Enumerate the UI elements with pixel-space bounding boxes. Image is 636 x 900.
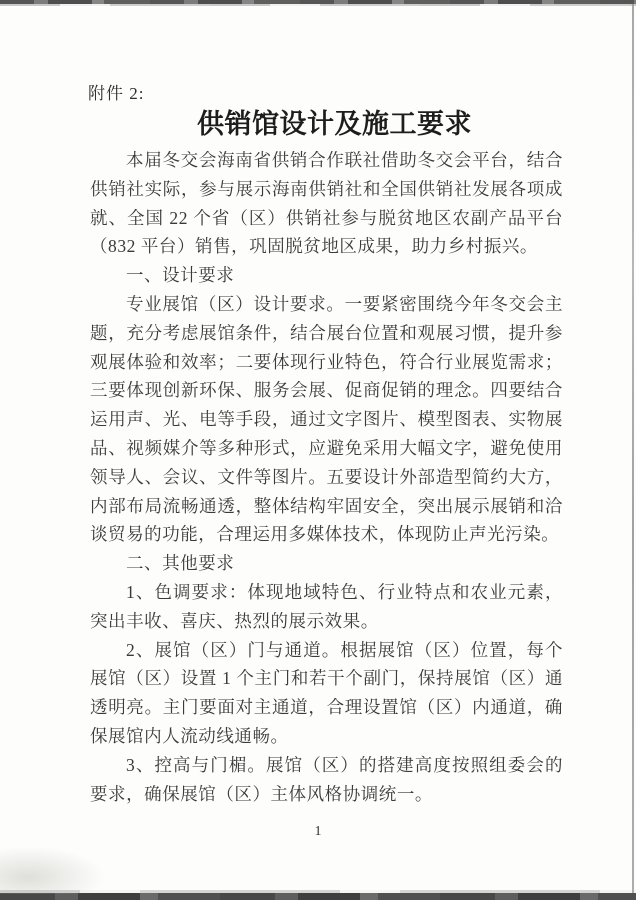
text-line: 展馆（区）设置 1 个主门和若干个副门，保持展馆（区）通 xyxy=(90,664,563,693)
text-line: 观展体验和效率；二要体现行业特色，符合行业展览需求； xyxy=(90,348,563,377)
text-line: 2、展馆（区）门与通道。根据展馆（区）位置，每个 xyxy=(90,636,563,665)
text-line: 供销社实际，参与展示海南供销社和全国供销社发展各项成 xyxy=(90,175,563,204)
text-line: （832 平台）销售，巩固脱贫地区成果，助力乡村振兴。 xyxy=(90,232,563,261)
text-line: 内部布局流畅通透，整体结构牢固安全，突出展示展销和洽 xyxy=(90,492,563,521)
scan-artifact-smudge xyxy=(0,846,106,894)
text-line: 谈贸易的功能，合理运用多媒体技术，体现防止声光污染。 xyxy=(90,520,563,549)
page-title: 供销馆设计及施工要求 xyxy=(90,102,563,141)
text-line: 品、视频媒介等多种形式，应避免采用大幅文字，避免使用 xyxy=(90,434,563,463)
text-line: 要求，确保展馆（区）主体风格协调统一。 xyxy=(90,780,563,809)
text-line: 突出丰收、喜庆、热烈的展示效果。 xyxy=(90,607,563,636)
page-number: 1 xyxy=(0,824,636,840)
text-line: 运用声、光、电等手段，通过文字图片、模型图表、实物展 xyxy=(90,405,563,434)
text-line: 二、其他要求 xyxy=(90,549,563,578)
text-line: 题，充分考虑展馆条件，结合展台位置和观展习惯，提升参 xyxy=(90,319,563,348)
text-line: 本届冬交会海南省供销合作联社借助冬交会平台，结合 xyxy=(90,146,563,175)
scanned-document-page: 附件 2: 供销馆设计及施工要求 本届冬交会海南省供销合作联社借助冬交会平台，结… xyxy=(0,0,636,900)
text-line: 三要体现创新环保、服务会展、促商促销的理念。四要结合 xyxy=(90,376,563,405)
text-line: 专业展馆（区）设计要求。一要紧密围绕今年冬交会主 xyxy=(90,290,563,319)
text-line: 就、全国 22 个省（区）供销社参与脱贫地区农副产品平台 xyxy=(90,204,563,233)
text-line: 3、控高与门楣。展馆（区）的搭建高度按照组委会的 xyxy=(90,751,563,780)
document-body: 本届冬交会海南省供销合作联社借助冬交会平台，结合供销社实际，参与展示海南供销社和… xyxy=(90,146,563,808)
scan-artifact-right-line xyxy=(632,4,634,893)
scan-artifact-top-edge xyxy=(0,0,636,4)
text-line: 1、色调要求：体现地域特色、行业特点和农业元素， xyxy=(90,578,563,607)
text-line: 一、设计要求 xyxy=(90,261,563,290)
text-line: 保展馆内人流动线通畅。 xyxy=(90,722,563,751)
scan-artifact-bottom-edge xyxy=(0,893,636,900)
text-line: 领导人、会议、文件等图片。五要设计外部造型简约大方， xyxy=(90,463,563,492)
text-line: 透明亮。主门要面对主通道，合理设置馆（区）内通道，确 xyxy=(90,693,563,722)
attachment-label: 附件 2: xyxy=(88,79,144,104)
